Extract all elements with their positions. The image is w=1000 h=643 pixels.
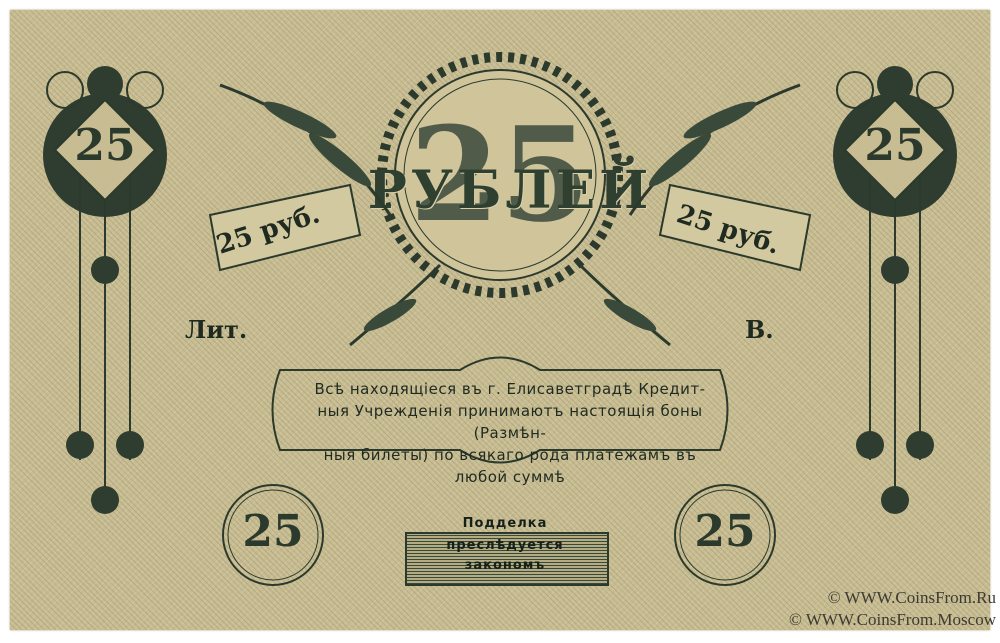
declaration-line: ныя билеты) по всякаго рода платежамъ въ… <box>310 444 710 488</box>
watermark-line: © WWW.CoinsFrom.Ru <box>828 588 996 608</box>
corner-numeral-top-right: 25 <box>855 120 935 171</box>
warning-line: преслѣдуется <box>360 538 650 553</box>
watermark-line: © WWW.CoinsFrom.Moscow <box>789 610 996 630</box>
series-value: В. <box>745 315 774 344</box>
counterfeit-warning: Подделка преслѣдуется закономъ <box>360 510 650 590</box>
corner-numeral-bottom-left: 25 <box>223 506 323 557</box>
warning-line: закономъ <box>360 558 650 573</box>
declaration-line: ныя Учрежденія принимаютъ настоящія боны… <box>310 400 710 444</box>
banknote: 25 25 25 РУБЛЕЙ <box>10 10 990 630</box>
declaration-line: Всѣ находящіеся въ г. Елисаветградѣ Кред… <box>310 378 710 400</box>
corner-numeral-bottom-right: 25 <box>675 506 775 557</box>
warning-line: Подделка <box>360 516 650 531</box>
declaration-text: Всѣ находящіеся въ г. Елисаветградѣ Кред… <box>310 378 710 488</box>
corner-numeral-top-left: 25 <box>65 120 145 171</box>
series-label: Лит. <box>185 315 247 344</box>
